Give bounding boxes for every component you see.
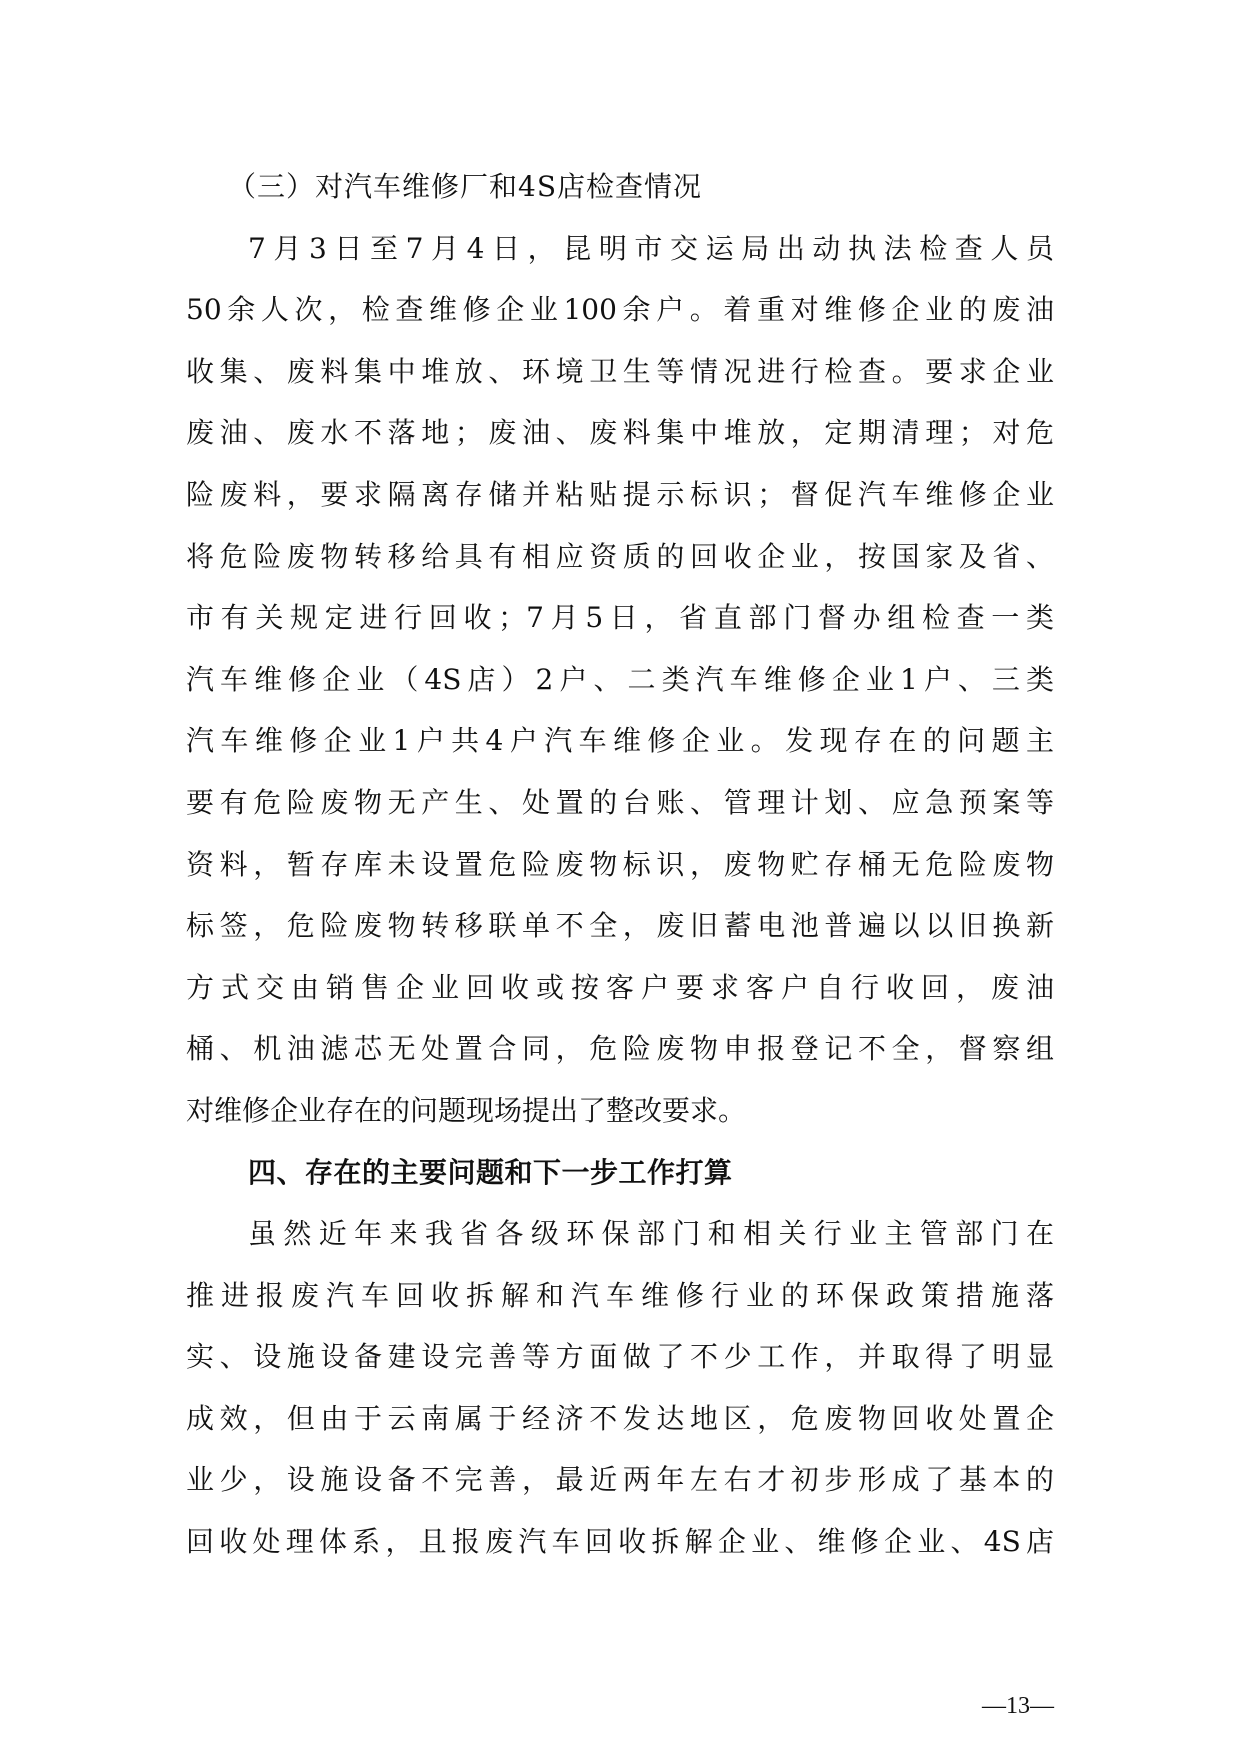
- document-page: （三）对汽车维修厂和4S店检查情况 7月3日至7月4日，昆明市交运局出动执法检查…: [186, 156, 1054, 1573]
- paragraph-line: 将危险废物转移给具有相应资质的回收企业，按国家及省、: [186, 526, 1054, 588]
- paragraph-line: 资料，暂存库未设置危险废物标识，废物贮存桶无危险废物: [186, 834, 1054, 896]
- paragraph-line: 虽然近年来我省各级环保部门和相关行业主管部门在: [186, 1203, 1054, 1265]
- paragraph-line: 汽车维修企业1户共4户汽车维修企业。发现存在的问题主: [186, 710, 1054, 772]
- paragraph-inspection-results: 7月3日至7月4日，昆明市交运局出动执法检查人员 50余人次，检查维修企业100…: [186, 218, 1054, 1142]
- paragraph-problems: 虽然近年来我省各级环保部门和相关行业主管部门在 推进报废汽车回收拆解和汽车维修行…: [186, 1203, 1054, 1573]
- paragraph-line: 险废料，要求隔离存储并粘贴提示标识；督促汽车维修企业: [186, 464, 1054, 526]
- paragraph-line: 要有危险废物无产生、处置的台账、管理计划、应急预案等: [186, 772, 1054, 834]
- paragraph-line: 7月3日至7月4日，昆明市交运局出动执法检查人员: [186, 218, 1054, 280]
- paragraph-line: 标签，危险废物转移联单不全，废旧蓄电池普遍以以旧换新: [186, 895, 1054, 957]
- paragraph-line: 汽车维修企业（4S店）2户、二类汽车维修企业1户、三类: [186, 649, 1054, 711]
- paragraph-line: 成效，但由于云南属于经济不发达地区，危废物回收处置企: [186, 1388, 1054, 1450]
- paragraph-line: 业少，设施设备不完善，最近两年左右才初步形成了基本的: [186, 1449, 1054, 1511]
- page-number: —13—: [930, 1686, 1054, 1726]
- subheading: （三）对汽车维修厂和4S店检查情况: [186, 156, 1054, 218]
- paragraph-line: 废油、废水不落地；废油、废料集中堆放，定期清理；对危: [186, 402, 1054, 464]
- paragraph-line: 市有关规定进行回收；7月5日，省直部门督办组检查一类: [186, 587, 1054, 649]
- paragraph-line: 50余人次，检查维修企业100余户。着重对维修企业的废油: [186, 279, 1054, 341]
- paragraph-line: 方式交由销售企业回收或按客户要求客户自行收回，废油: [186, 957, 1054, 1019]
- section-heading: 四、存在的主要问题和下一步工作打算: [186, 1142, 1054, 1204]
- paragraph-line: 推进报废汽车回收拆解和汽车维修行业的环保政策措施落: [186, 1265, 1054, 1327]
- paragraph-line: 实、设施设备建设完善等方面做了不少工作，并取得了明显: [186, 1326, 1054, 1388]
- paragraph-line: 收集、废料集中堆放、环境卫生等情况进行检查。要求企业: [186, 341, 1054, 403]
- paragraph-line: 桶、机油滤芯无处置合同，危险废物申报登记不全，督察组: [186, 1018, 1054, 1080]
- paragraph-line: 回收处理体系，且报废汽车回收拆解企业、维修企业、4S店: [186, 1511, 1054, 1573]
- paragraph-line: 对维修企业存在的问题现场提出了整改要求。: [186, 1080, 1054, 1142]
